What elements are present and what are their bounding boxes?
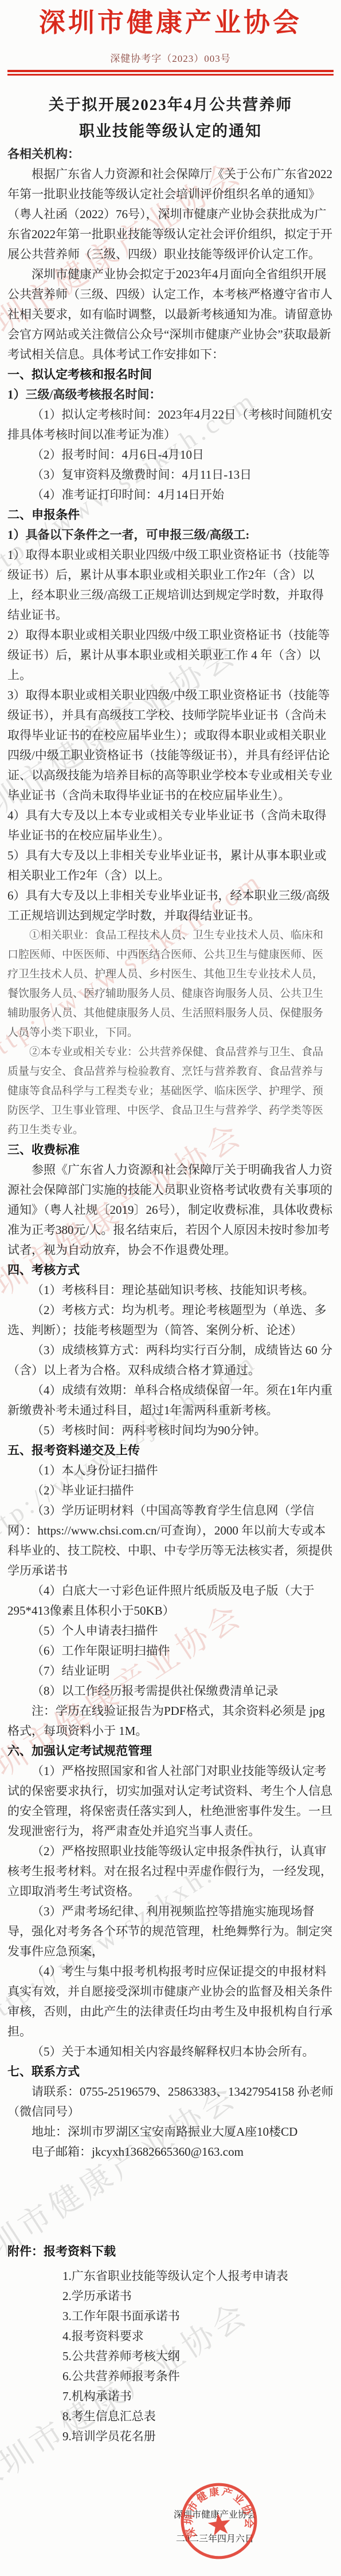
contact-address-line: 地址：深圳市罗湖区宝安南路振业大厦A座10楼CD [7,2122,334,2142]
doc-title-line1: 关于拟开展2023年4月公共营养师 [7,92,334,118]
attachments-block: 附件：报考资料下载 1.广东省职业技能等级认定个人报考申请表 2.学历承诺书 3… [7,2242,334,2447]
section-2-item: 6）具有大专及以上非相关专业毕业证书，经本职业三级/高级工正规培训达到规定学时数… [7,886,334,926]
section-4-heading: 四、考核方式 [7,1260,334,1280]
section-6-heading: 六、加强认定考试规范管理 [7,1741,334,1761]
attachments-heading: 附件：报考资料下载 [7,2242,334,2262]
section-2-item: 4）具有大专及以上本专业或相关专业毕业证书（含尚未取得毕业证书的在校应届毕业生）… [7,806,334,846]
doc-title-line2: 职业技能等级认定的通知 [7,118,334,144]
section-6-item: （4）考生与集中报考机构报考时应保证提交的申报材料真实有效，并自愿接受深圳市健康… [7,1962,334,2042]
section-5-item: （6）工作年限证明扫描件 [7,1641,334,1661]
attachment-item: 7.机构承诺书 [62,2386,334,2407]
section-6-item: （3）严肃考场纪律、利用视频监控等措施实施现场督导，强化对考务各个环节的规范管理… [7,1902,334,1962]
contact-email-line: 电子邮箱：jkcyxh13682665360@163.com [7,2142,334,2162]
section-5-item: （2）毕业证扫描件 [7,1481,334,1501]
section-1-subheading: 1）三级/高级考核报名时间： [7,385,334,405]
attachment-item: 6.公共营养师报考条件 [62,2366,334,2386]
attachment-item: 4.报考资料要求 [62,2326,334,2346]
section-5-heading: 五、报考资料递交及上传 [7,1441,334,1461]
section-1-heading: 一、拟认定考核和报名时间 [7,365,334,385]
section-2-item: 5）具有大专及以上非相关专业毕业证书，累计从事本职业或相关职业工作2年（含）以上… [7,846,334,886]
intro-paragraph-2: 深圳市健康产业协会拟定于2023年4月面向全省组织开展公共营养师（三级、四级）认… [7,265,334,365]
section-1-item: （4）准考证打印时间：4月14日开始 [7,485,334,505]
attachment-item: 1.广东省职业技能等级认定个人报考申请表 [62,2266,334,2286]
section-5-item: （5）个人申请表扫描件 [7,1621,334,1641]
section-2-item: 1）取得本职业或相关职业四级/中级工职业资格证书（技能等级证书）后，累计从事本职… [7,545,334,625]
section-3-paragraph: 参照《广东省人力资源和社会保障厅关于明确我省人力资源社会保障部门实施的技能人员职… [7,1160,334,1260]
official-seal: 深圳市健康产业协会 [174,2476,264,2566]
section-4-item: （5）考核时间：两科考核时间均为90分钟。 [7,1421,334,1441]
section-2-item: 3）取得本职业或相关职业四级/中级工职业资格证书（技能等级证书），并具有高级技工… [7,685,334,806]
section-6-item: （2）严格按照职业技能等级认定申报条件执行，认真审核考生报考材料。对在报名过程中… [7,1841,334,1902]
contact-phone-line: 请联系：0755-25196579、25863383、13427954158 孙… [7,2082,334,2122]
section-6-item: （5）关于本通知相关内容最终解释权归本协会所有。 [7,2042,334,2062]
doc-number: 深健协考字（2023）003号 [7,50,334,65]
section-3-heading: 三、收费标准 [7,1140,334,1160]
section-2-note-related-occupations: ①相关职业：食品工程技术人员、卫生专业技术人员、临床和口腔医师、中医医师、中西医… [7,926,334,1043]
document-page: 深圳市健康产业协会 http://www.szjkxh.com 深圳市健康产业协… [0,0,341,2576]
section-5-item: （1）本人身份证扫描件 [7,1461,334,1481]
official-seal-graphic: 深圳市健康产业协会 [174,2476,264,2566]
section-1-item: （1）拟认定考核时间：2023年4月22日（考核时间随机安排具体考核时间以准考证… [7,405,334,445]
section-2-subheading: 1）具备以下条件之一者，可申报三级/高级工: [7,525,334,545]
section-2-heading: 二、申报条件 [7,505,334,525]
section-7-heading: 七、联系方式 [7,2062,334,2082]
intro-paragraph-1: 根据广东省人力资源和社会保障厅《关于公布广东省2022年第一批职业技能等级认定社… [7,164,334,265]
section-1-item: （2）报考时间：4月6日-4月10日 [7,445,334,465]
red-divider [7,70,334,76]
attachment-item: 8.考生信息汇总表 [62,2407,334,2427]
attachment-item: 9.培训学员花名册 [62,2427,334,2447]
org-header-title: 深圳市健康产业协会 [7,8,334,38]
section-2-note-related-majors: ②本专业或相关专业：公共营养保健、食品营养与卫生、食品质量与安全、食品营养与检验… [7,1043,334,1140]
salutation: 各相关机构： [7,144,334,164]
section-5-format-note: 注：学历在线验证报告为PDF格式，其余资料必须是 jpg 格式，每项资料小于 1… [7,1701,334,1741]
section-6-item: （1）严格按照国家和省人社部门对职业技能等级认定考试的保密要求执行，切实加强对认… [7,1761,334,1841]
attachment-item: 5.公共营养师考核大纲 [62,2346,334,2366]
section-5-item: （3）学历证明材料（中国高等教育学生信息网（学信网）：https://www.c… [7,1501,334,1581]
seal-star-icon [207,2512,232,2536]
section-4-item: （4）成绩有效期：单科合格成绩保留一年。须在1年内重新缴费补考未通过科目，超过1… [7,1380,334,1421]
section-1-item: （3）复审资料及缴费时间：4月11日-13日 [7,465,334,485]
section-5-item: （4）白底大一寸彩色证件照片纸质版及电子版（大于295*413像素且体积小于50… [7,1581,334,1621]
section-4-item: （3）成绩核算方式：两科均实行百分制，成绩皆达 60 分（含）以上者为合格。双科… [7,1340,334,1380]
document-content: 深圳市健康产业协会 深健协考字（2023）003号 关于拟开展2023年4月公共… [0,0,341,2162]
section-2-item: 2）取得本职业或相关职业四级/中级工职业资格证书（技能等级证书）后，累计从事本职… [7,625,334,685]
attachments-list: 1.广东省职业技能等级认定个人报考申请表 2.学历承诺书 3.工作年限书面承诺书… [7,2266,334,2447]
section-4-item: （1）考核科目：理论基础知识考核、技能知识考核。 [7,1280,334,1300]
attachment-item: 3.工作年限书面承诺书 [62,2306,334,2326]
attachment-item: 2.学历承诺书 [62,2286,334,2306]
section-5-item: （7）结业证明 [7,1661,334,1681]
section-4-item: （2）考核方式：均为机考。理论考核题型为（单选、多选、判断）；技能考核题型为（简… [7,1300,334,1340]
section-5-item: （8）以工作经历报考需提供社保缴费清单记录 [7,1681,334,1701]
